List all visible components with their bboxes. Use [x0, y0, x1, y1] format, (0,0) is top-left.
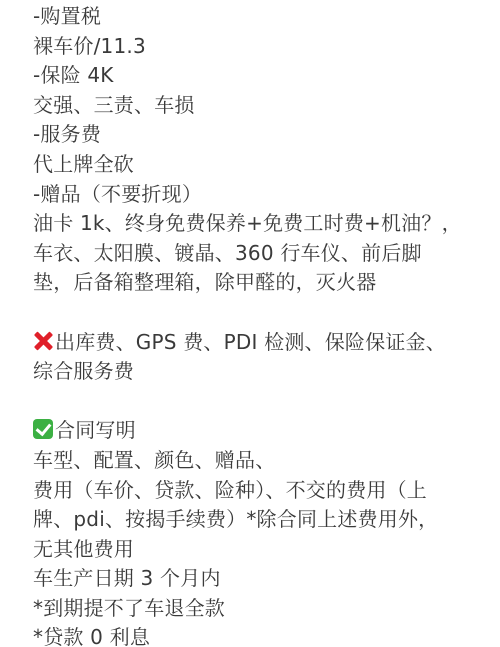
- contract-section: 合同写明 车型、配置、颜色、赠品、 费用（车价、贷款、险种）、不交的费用（上 牌…: [33, 416, 473, 647]
- spacer: [33, 298, 473, 328]
- note-content: -购置税 裸车价/11.3 -保险 4K 交强、三责、车损 -服务费 代上牌全砍…: [33, 2, 473, 647]
- gifts-detail-line-3: 垫，后备箱整理箱，除甲醛的，灭火器: [33, 268, 473, 298]
- contract-line-7: *贷款 0 利息: [33, 623, 473, 647]
- contract-line-3: 牌、pdi、按揭手续费）*除合同上述费用外，: [33, 505, 473, 535]
- contract-heading: 合同写明: [33, 416, 473, 446]
- contract-line-1: 车型、配置、颜色、赠品、: [33, 446, 473, 476]
- reject-text-1: 出库费、GPS 费、PDI 检测、保险保证金、: [55, 330, 446, 354]
- contract-line-6: *到期提不了车退全款: [33, 594, 473, 624]
- gifts-detail-line-1: 油卡 1k、终身免费保养+免费工时费+机油？，: [33, 209, 473, 239]
- service-fee-detail: 代上牌全砍: [33, 150, 473, 180]
- insurance-heading: -保险 4K: [33, 61, 473, 91]
- reject-line-1: 出库费、GPS 费、PDI 检测、保险保证金、: [33, 328, 473, 358]
- fees-section: -购置税 裸车价/11.3 -保险 4K 交强、三责、车损 -服务费 代上牌全砍…: [33, 2, 473, 298]
- service-fee-heading: -服务费: [33, 120, 473, 150]
- cross-mark-icon: [33, 331, 53, 351]
- gifts-heading: -赠品（不要折现）: [33, 180, 473, 210]
- contract-line-4: 无其他费用: [33, 535, 473, 565]
- spacer: [33, 387, 473, 417]
- contract-title: 合同写明: [55, 418, 136, 442]
- contract-line-2: 费用（车价、贷款、险种）、不交的费用（上: [33, 476, 473, 506]
- gifts-detail-line-2: 车衣、太阳膜、镀晶、360 行车仪、前后脚: [33, 239, 473, 269]
- insurance-detail: 交强、三责、车损: [33, 91, 473, 121]
- reject-section: 出库费、GPS 费、PDI 检测、保险保证金、 综合服务费: [33, 328, 473, 387]
- reject-line-2: 综合服务费: [33, 357, 473, 387]
- check-mark-icon: [33, 419, 53, 439]
- purchase-tax-detail: 裸车价/11.3: [33, 32, 473, 62]
- contract-line-5: 车生产日期 3 个月内: [33, 564, 473, 594]
- purchase-tax-heading: -购置税: [33, 2, 473, 32]
